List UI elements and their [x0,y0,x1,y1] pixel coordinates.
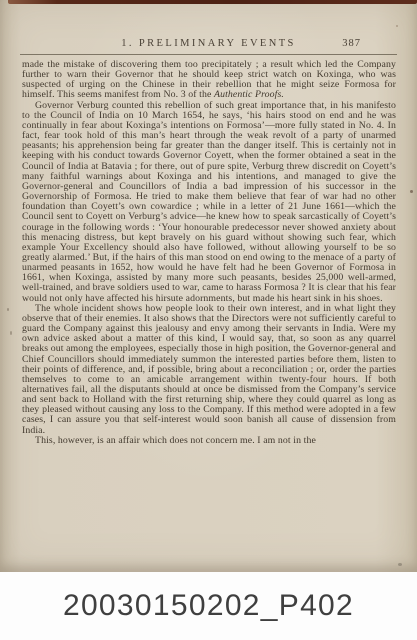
paragraph-1: made the mistake of discovering them too… [22,60,396,101]
paper-speck [396,25,398,27]
paper-speck [410,190,413,193]
paper-speck [398,563,402,566]
paper-speck [10,331,12,335]
paragraph-3: The whole incident shows how people look… [22,304,396,436]
scanned-document-view: 1. PRELIMINARY EVENTS 387 made the mista… [0,0,417,640]
header-rule [20,54,397,55]
page-header: 1. PRELIMINARY EVENTS 387 [22,38,395,52]
paper-speck [7,308,9,311]
paragraph-2: Governor Verburg counted this rebellion … [22,101,396,304]
scan-edge-artifact [8,0,417,4]
body-text: made the mistake of discovering them too… [22,60,396,446]
running-title: 1. PRELIMINARY EVENTS [121,38,296,49]
scan-label-strip: 20030150202_P402 [0,572,417,640]
paragraph-4: This, however, is an affair which does n… [22,436,396,446]
scan-id-label: 20030150202_P402 [63,589,354,623]
paragraph-1-italic-title: Authentic Proofs. [214,89,284,100]
book-page: 1. PRELIMINARY EVENTS 387 made the mista… [0,0,417,572]
paragraph-1-text: made the mistake of discovering them too… [22,59,396,100]
page-number: 387 [342,38,361,49]
